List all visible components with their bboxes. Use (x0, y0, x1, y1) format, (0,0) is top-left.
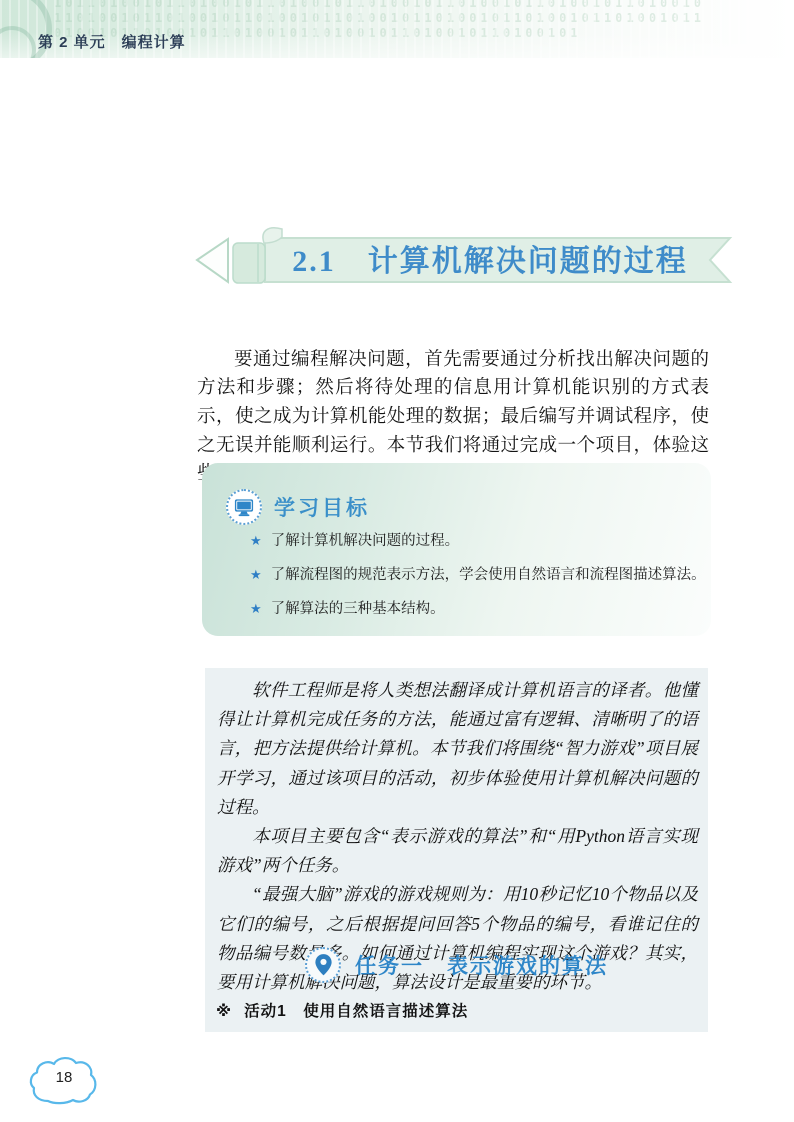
task-heading-label: 任务一 表示游戏的算法 (355, 950, 608, 980)
section-banner: 2.1 计算机解决问题的过程 (192, 222, 740, 300)
learning-objectives-box: 学习目标 ★ 了解计算机解决问题的过程。 ★ 了解流程图的规范表示方法，学会使用… (202, 463, 711, 636)
objectives-title: 学习目标 (274, 492, 370, 522)
unit-title: 第 2 单元 编程计算 (38, 31, 186, 52)
objectives-header: 学习目标 (226, 489, 370, 525)
objective-item: ★ 了解计算机解决问题的过程。 (250, 531, 706, 551)
project-paragraph: 软件工程师是将人类想法翻译成计算机语言的译者。他懂得让计算机完成任务的方法，能通… (217, 676, 698, 822)
objective-text: 了解计算机解决问题的过程。 (271, 531, 460, 551)
star-bullet-icon: ★ (250, 599, 262, 619)
activity-heading-label: 活动1 使用自然语言描述算法 (244, 999, 468, 1021)
section-title: 2.1 计算机解决问题的过程 (292, 245, 688, 278)
page-header: 1011010010110100101101001011010010110100… (0, 0, 794, 58)
page-number-cloud: 18 (28, 1054, 100, 1108)
activity-heading: ※ 活动1 使用自然语言描述算法 (216, 999, 468, 1021)
star-bullet-icon: ★ (250, 531, 262, 551)
project-paragraph: 本项目主要包含“表示游戏的算法”和“用Python语言实现游戏”两个任务。 (217, 822, 698, 880)
task-heading: 任务一 表示游戏的算法 (205, 947, 708, 983)
star-bullet-icon: ★ (250, 565, 262, 585)
location-pin-icon (305, 947, 341, 983)
banner-ribbon-graphic: 2.1 计算机解决问题的过程 (192, 222, 740, 300)
project-intro-block: 软件工程师是将人类想法翻译成计算机语言的译者。他懂得让计算机完成任务的方法，能通… (205, 668, 708, 1032)
objective-text: 了解算法的三种基本结构。 (271, 599, 445, 619)
ribbon-arrow-left (197, 239, 228, 282)
objectives-list: ★ 了解计算机解决问题的过程。 ★ 了解流程图的规范表示方法，学会使用自然语言和… (250, 531, 706, 633)
objective-item: ★ 了解算法的三种基本结构。 (250, 599, 706, 619)
ribbon-fold (233, 243, 265, 283)
textbook-page: 1011010010110100101101001011010010110100… (0, 0, 794, 1122)
reference-mark-icon: ※ (216, 1002, 232, 1021)
objective-text: 了解流程图的规范表示方法，学会使用自然语言和流程图描述算法。 (271, 565, 706, 585)
objective-item: ★ 了解流程图的规范表示方法，学会使用自然语言和流程图描述算法。 (250, 565, 706, 585)
page-number: 18 (28, 1069, 100, 1086)
monitor-icon (226, 489, 262, 525)
